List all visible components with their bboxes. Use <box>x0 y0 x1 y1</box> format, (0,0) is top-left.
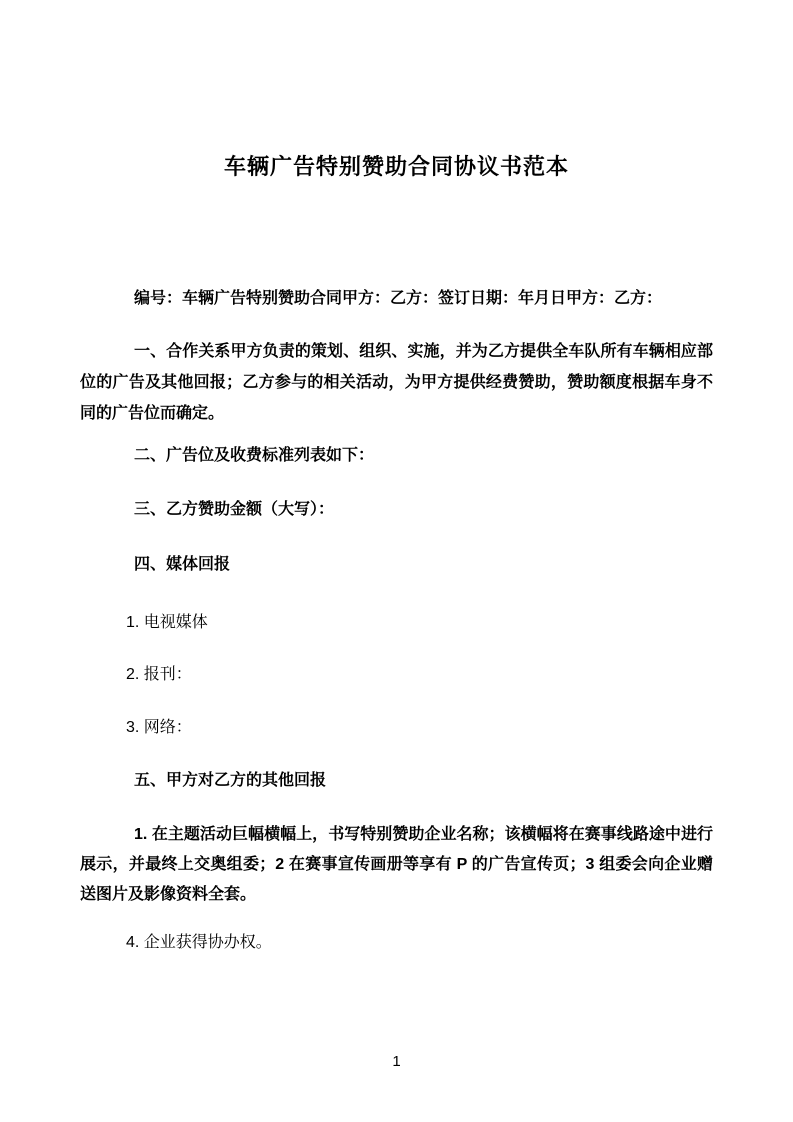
clause-4-item-press: 2. 报刊： <box>80 664 713 685</box>
clause-5-detail-paragraph: 1. 在主题活动巨幅横幅上，书写特别赞助企业名称；该横幅将在赛事线路途中进行展示… <box>80 820 713 910</box>
document-title: 车辆广告特别赞助合同协议书范本 <box>0 151 793 183</box>
clause-2-ad-positions-heading: 二、广告位及收费标准列表如下： <box>80 445 713 466</box>
clause-1-cooperation-paragraph: 一、合作关系甲方负责的策划、组织、实施，并为乙方提供全车队所有车辆相应部位的广告… <box>80 336 713 429</box>
contract-meta-line: 编号：车辆广告特别赞助合同甲方：乙方：签订日期：年月日甲方：乙方： <box>80 288 713 309</box>
clause-3-sponsor-amount-heading: 三、乙方赞助金额（大写）： <box>80 499 713 520</box>
page-number: 1 <box>0 1052 793 1072</box>
clause-4-item-network: 3. 网络： <box>80 717 713 738</box>
document-page: 车辆广告特别赞助合同协议书范本 编号：车辆广告特别赞助合同甲方：乙方：签订日期：… <box>0 0 793 1122</box>
clause-5-item-cohost-right: 4. 企业获得协办权。 <box>80 932 713 953</box>
clause-5-other-returns-heading: 五、甲方对乙方的其他回报 <box>80 770 713 791</box>
clause-4-item-tv-media: 1. 电视媒体 <box>80 612 713 633</box>
clause-4-media-returns-heading: 四、媒体回报 <box>80 554 713 575</box>
